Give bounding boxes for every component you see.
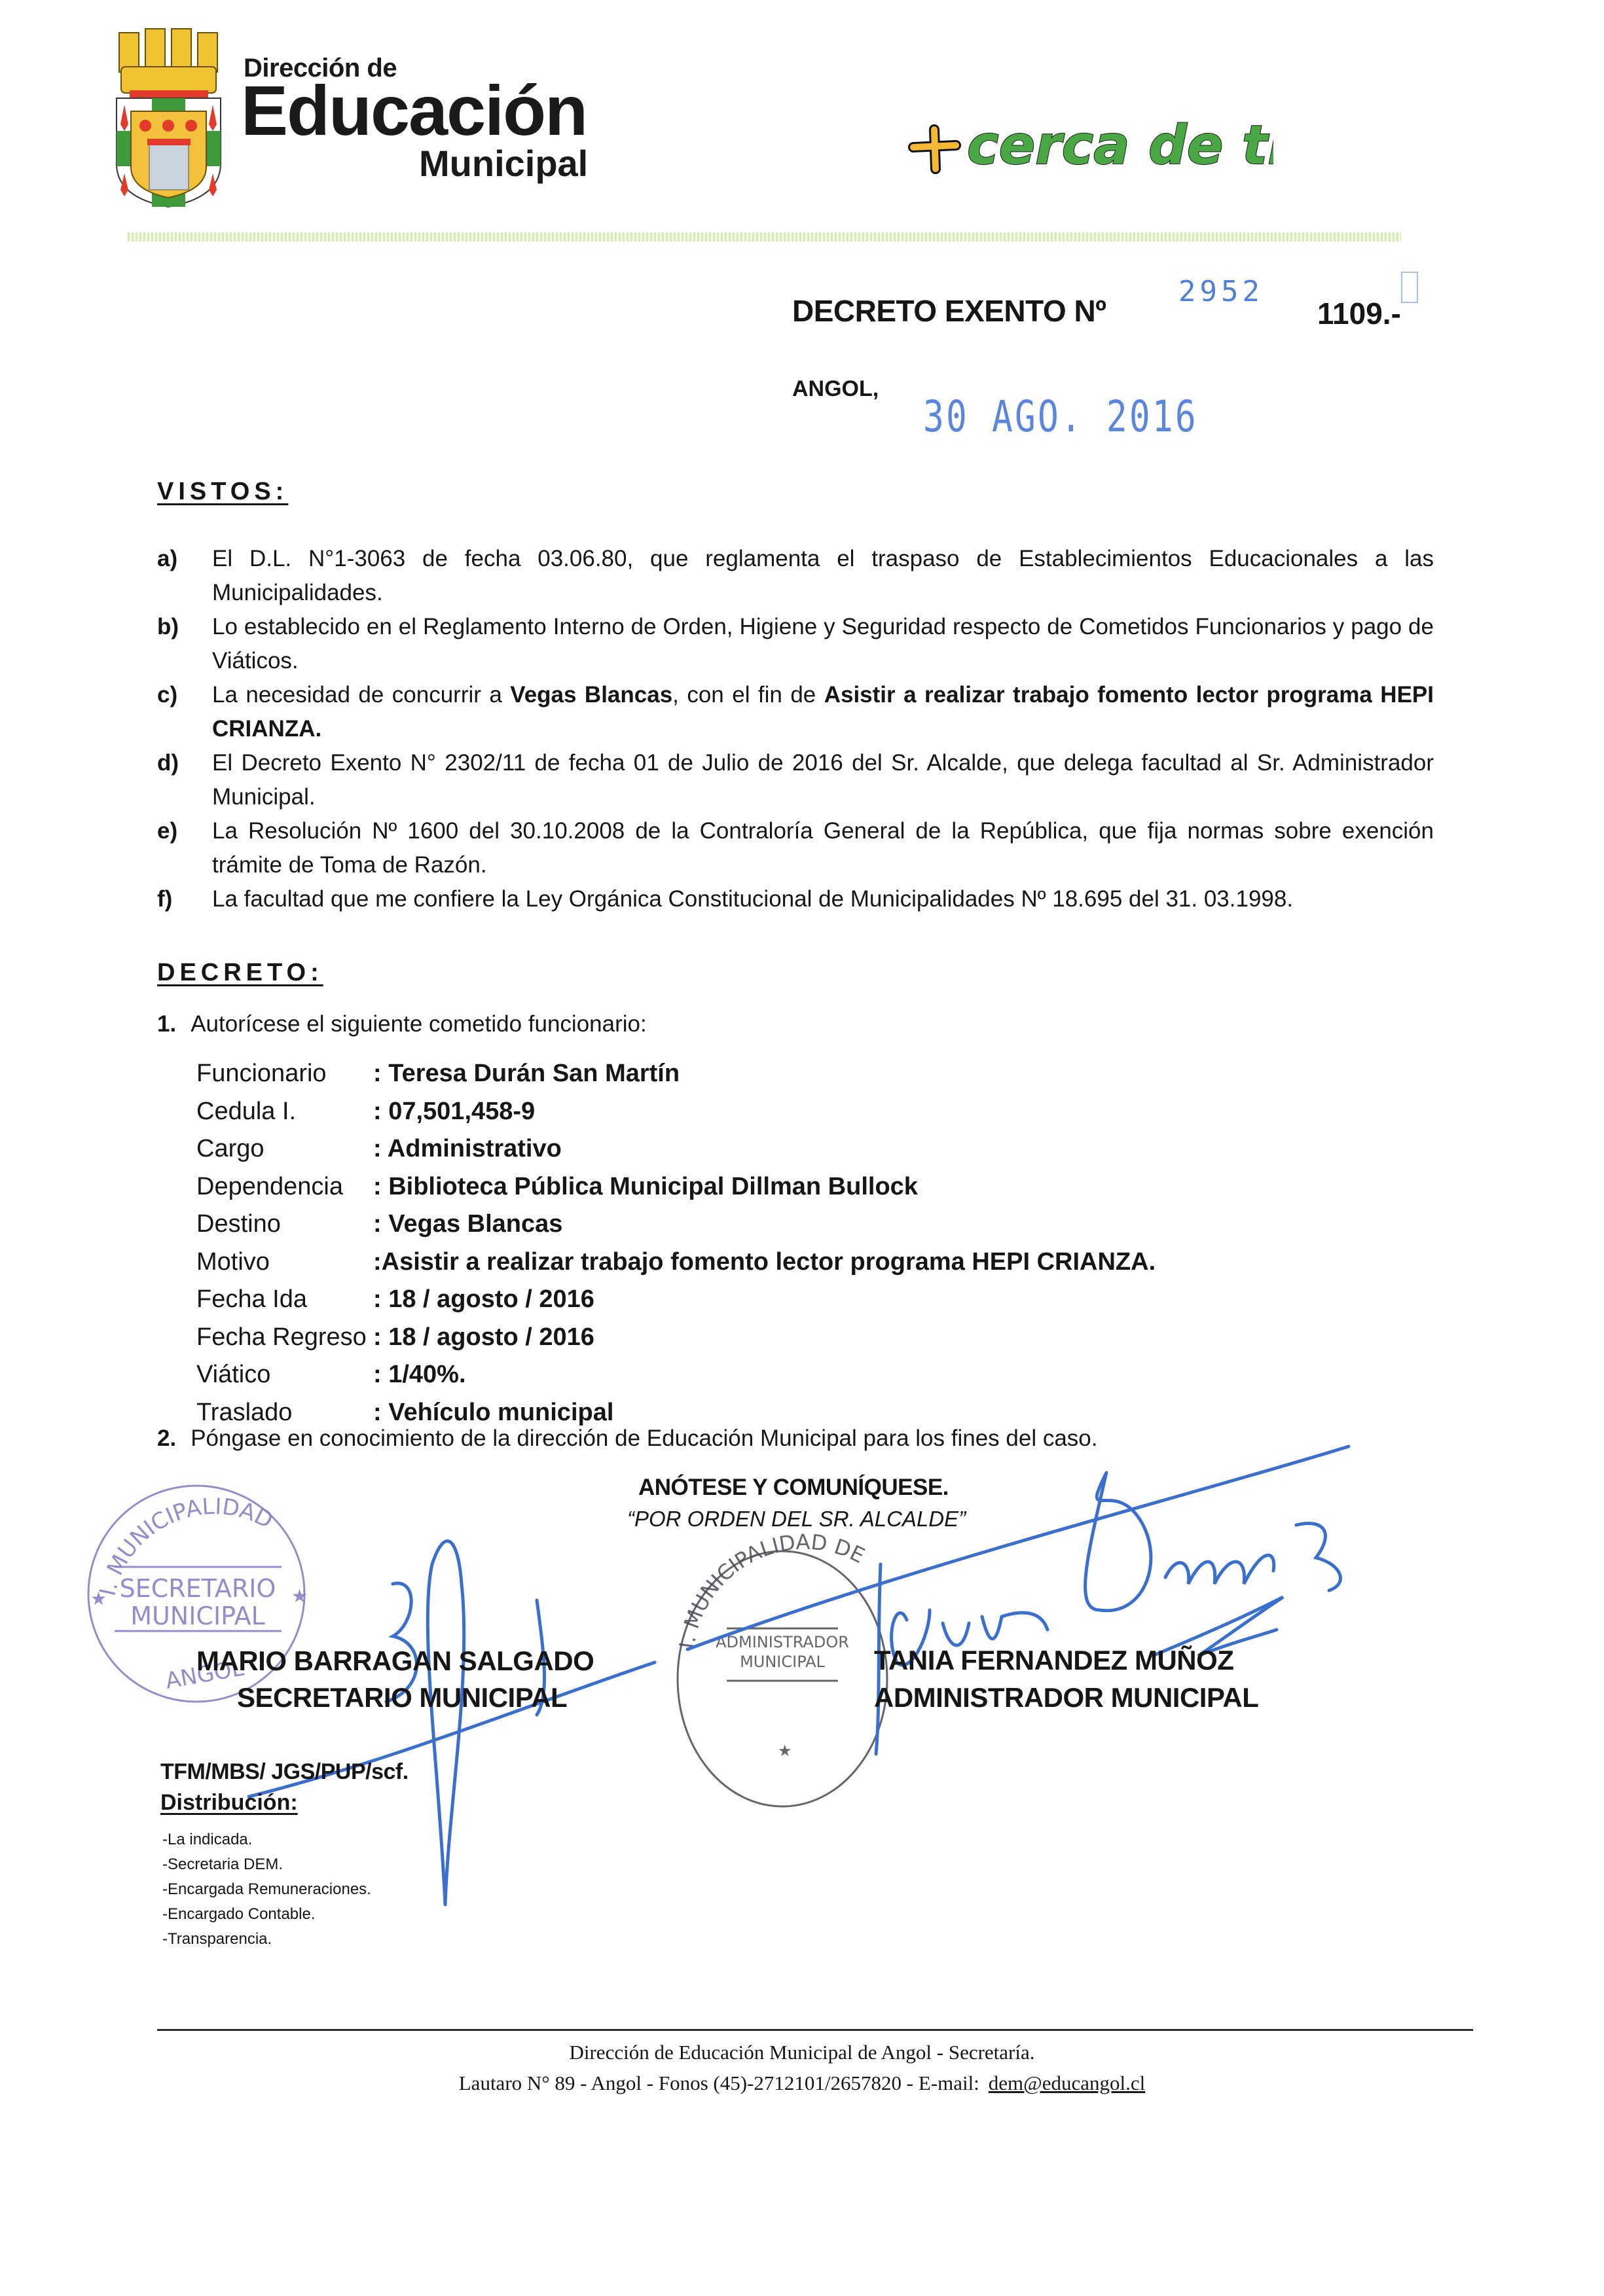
- field-row: Funcionario: Teresa Durán San Martín: [196, 1055, 1156, 1093]
- vistos-item-text: La necesidad de concurrir a Vegas Blanca…: [212, 678, 1434, 746]
- field-key: Viático: [196, 1356, 373, 1394]
- admin-seal-center-2: MUNICIPAL: [740, 1653, 825, 1671]
- vistos-item-text: El Decreto Exento N° 2302/11 de fecha 01…: [212, 746, 1434, 814]
- vistos-list: a) El D.L. N°1-3063 de fecha 03.06.80, q…: [157, 542, 1434, 916]
- slogan-logo: cerca de ti: [907, 98, 1273, 177]
- item-text: Autorícese el siguiente cometido funcion…: [191, 1011, 647, 1037]
- city-label: ANGOL,: [792, 376, 879, 402]
- footer-divider: [157, 2029, 1473, 2031]
- footer-contact: Lautaro N° 89 - Angol - Fonos (45)-27121…: [0, 2072, 1604, 2095]
- svg-text:I. MUNICIPALIDAD: I. MUNICIPALIDAD: [95, 1494, 278, 1598]
- item-number: 2.: [157, 1426, 176, 1451]
- svg-text:★: ★: [90, 1588, 107, 1609]
- brand-line-3: Municipal: [419, 145, 588, 182]
- text-segment: , con el fin de: [672, 682, 824, 708]
- svg-text:★: ★: [291, 1585, 308, 1607]
- field-row: Motivo:Asistir a realizar trabajo foment…: [196, 1244, 1156, 1282]
- admin-seal-center-1: ADMINISTRADOR: [716, 1633, 849, 1651]
- field-key: Funcionario: [196, 1055, 373, 1093]
- field-row: Destino: Vegas Blancas: [196, 1206, 1156, 1244]
- vistos-item-text: El D.L. N°1-3063 de fecha 03.06.80, que …: [212, 542, 1434, 610]
- vistos-item-text: La facultad que me confiere la Ley Orgán…: [212, 882, 1434, 916]
- seal-center-2: MUNICIPAL: [130, 1602, 265, 1630]
- field-value: :Asistir a realizar trabajo fomento lect…: [373, 1244, 1156, 1282]
- field-row: Fecha Ida: 18 / agosto / 2016: [196, 1281, 1156, 1319]
- field-key: Fecha Regreso: [196, 1319, 373, 1357]
- field-value: : Biblioteca Pública Municipal Dillman B…: [373, 1168, 918, 1206]
- stamp-mark-icon: [1401, 272, 1418, 303]
- field-key: Fecha Ida: [196, 1281, 373, 1319]
- field-row: Cargo: Administrativo: [196, 1130, 1156, 1168]
- assignment-fields: Funcionario: Teresa Durán San Martín Ced…: [196, 1055, 1156, 1431]
- field-value: : 1/40%.: [373, 1356, 466, 1394]
- distribution-list: -La indicada. -Secretaria DEM. -Encargad…: [162, 1827, 371, 1952]
- vistos-item: d) El Decreto Exento N° 2302/11 de fecha…: [157, 746, 1434, 814]
- administrador-seal-icon: [678, 1551, 887, 1806]
- header-divider: [128, 232, 1401, 242]
- field-key: Cedula I.: [196, 1093, 373, 1131]
- field-value: : 07,501,458-9: [373, 1093, 535, 1131]
- vistos-heading: VISTOS:: [157, 478, 288, 506]
- seal-center-1: SECRETARIO: [120, 1574, 276, 1603]
- vistos-item: f) La facultad que me confiere la Ley Or…: [157, 882, 1434, 916]
- field-value: : Administrativo: [373, 1130, 562, 1168]
- reference-initials: TFM/MBS/ JGS/PUP/scf.: [160, 1759, 409, 1785]
- field-row: Viático: 1/40%.: [196, 1356, 1156, 1394]
- brand-line-2: Educación: [241, 75, 587, 146]
- decreto-heading: DECRETO:: [157, 959, 323, 987]
- distribution-item: -La indicada.: [162, 1827, 371, 1852]
- signatory-1-name: MARIO BARRAGAN SALGADO: [196, 1645, 594, 1677]
- item-text: Póngase en conocimiento de la dirección …: [191, 1426, 1097, 1451]
- vistos-item-text: La Resolución Nº 1600 del 30.10.2008 de …: [212, 814, 1434, 882]
- field-row: Fecha Regreso: 18 / agosto / 2016: [196, 1319, 1156, 1357]
- decreto-item-2: 2.Póngase en conocimiento de la direcció…: [157, 1426, 1098, 1452]
- field-value: : Vegas Blancas: [373, 1206, 562, 1244]
- signatory-2-name: TANIA FERNANDEZ MUÑOZ: [874, 1645, 1233, 1676]
- vistos-item-text: Lo establecido en el Reglamento Interno …: [212, 610, 1434, 678]
- item-number: 1.: [157, 1011, 176, 1037]
- text-segment: La necesidad de concurrir a: [212, 682, 510, 708]
- vistos-item: a) El D.L. N°1-3063 de fecha 03.06.80, q…: [157, 542, 1434, 610]
- field-value: : Teresa Durán San Martín: [373, 1055, 680, 1093]
- slogan-text: cerca de ti: [967, 115, 1273, 177]
- municipal-crest-icon: [111, 26, 226, 209]
- distribution-item: -Secretaria DEM.: [162, 1852, 371, 1877]
- vistos-item: c) La necesidad de concurrir a Vegas Bla…: [157, 678, 1434, 746]
- footer-office: Dirección de Educación Municipal de Ango…: [0, 2041, 1604, 2064]
- field-value: : 18 / agosto / 2016: [373, 1319, 594, 1357]
- decree-stamp-number: 2952: [1178, 275, 1264, 308]
- footer-email-link[interactable]: dem@educangol.cl: [989, 2072, 1145, 2094]
- closing-por-orden: “POR ORDEN DEL SR. ALCALDE”: [627, 1507, 966, 1532]
- vistos-item-label: b): [157, 610, 212, 678]
- vistos-item-label: f): [157, 882, 212, 916]
- field-key: Destino: [196, 1206, 373, 1244]
- date-stamp: 30 AGO. 2016: [923, 391, 1198, 442]
- distribution-item: -Encargada Remuneraciones.: [162, 1877, 371, 1902]
- svg-text:★: ★: [778, 1742, 792, 1760]
- decree-title: DECRETO EXENTO Nº: [792, 293, 1106, 329]
- vistos-item-label: c): [157, 678, 212, 746]
- seal-top-text: I. MUNICIPALIDAD: [95, 1494, 278, 1598]
- field-row: Dependencia: Biblioteca Pública Municipa…: [196, 1168, 1156, 1206]
- decree-number: 1109.-: [1317, 296, 1401, 331]
- distribution-item: -Transparencia.: [162, 1927, 371, 1952]
- vistos-item-label: a): [157, 542, 212, 610]
- field-key: Dependencia: [196, 1168, 373, 1206]
- vistos-item-label: e): [157, 814, 212, 882]
- vistos-item: b) Lo establecido en el Reglamento Inter…: [157, 610, 1434, 678]
- decreto-item-1: 1.Autorícese el siguiente cometido funci…: [157, 1011, 647, 1037]
- field-key: Cargo: [196, 1130, 373, 1168]
- field-value: : 18 / agosto / 2016: [373, 1281, 594, 1319]
- vistos-item-label: d): [157, 746, 212, 814]
- distribution-heading: Distribución:: [160, 1790, 298, 1816]
- distribution-item: -Encargado Contable.: [162, 1902, 371, 1927]
- closing-anotese: ANÓTESE Y COMUNÍQUESE.: [638, 1475, 949, 1501]
- field-key: Motivo: [196, 1244, 373, 1282]
- vistos-item: e) La Resolución Nº 1600 del 30.10.2008 …: [157, 814, 1434, 882]
- signatory-2-title: ADMINISTRADOR MUNICIPAL: [874, 1682, 1258, 1713]
- signatory-1-title: SECRETARIO MUNICIPAL: [237, 1682, 567, 1713]
- field-row: Cedula I.: 07,501,458-9: [196, 1093, 1156, 1131]
- footer-address: Lautaro N° 89 - Angol - Fonos (45)-27121…: [459, 2072, 979, 2094]
- destination-highlight: Vegas Blancas: [510, 682, 672, 708]
